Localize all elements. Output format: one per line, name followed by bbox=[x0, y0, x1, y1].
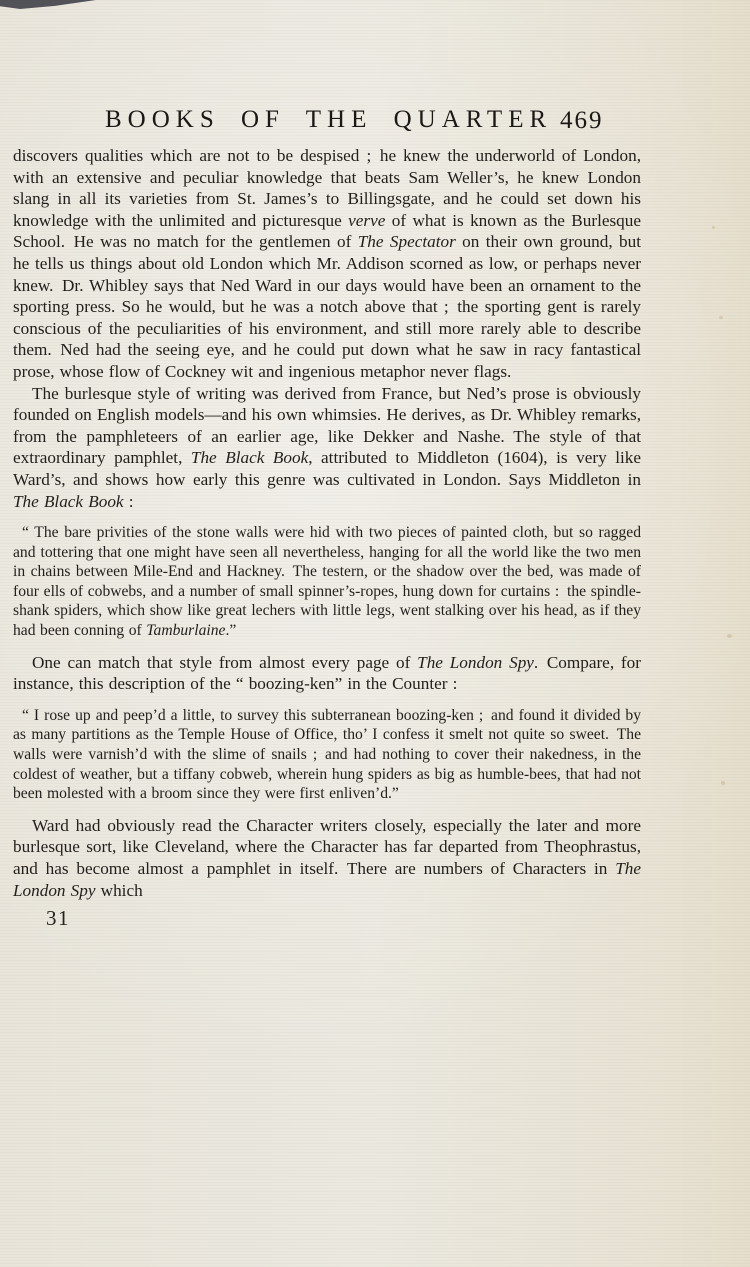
paragraph-3: One can match that style from almost eve… bbox=[13, 652, 641, 695]
paper-speck bbox=[721, 781, 725, 785]
page-number: 469 bbox=[560, 107, 604, 135]
paper-speck bbox=[719, 316, 723, 319]
running-head: BOOKS OF THE QUARTER 469 bbox=[13, 106, 641, 142]
paragraph-2: The burlesque style of writing was deriv… bbox=[13, 383, 641, 513]
paragraph-4: Ward had obviously read the Character wr… bbox=[13, 815, 641, 901]
block-quote-1: “ The bare privities of the stone walls … bbox=[13, 523, 641, 641]
signature-mark: 31 bbox=[46, 906, 641, 931]
block-quote-2: “ I rose up and peep’d a little, to surv… bbox=[13, 706, 641, 804]
book-page-scan: BOOKS OF THE QUARTER 469 discovers quali… bbox=[0, 0, 750, 1267]
page-title: BOOKS OF THE QUARTER bbox=[105, 106, 552, 134]
paper-speck bbox=[727, 634, 732, 638]
paragraph-1: discovers qualities which are not to be … bbox=[13, 145, 641, 383]
text-block: discovers qualities which are not to be … bbox=[13, 145, 641, 931]
scan-edge-artifact bbox=[0, 0, 96, 9]
paper-speck bbox=[712, 226, 715, 229]
